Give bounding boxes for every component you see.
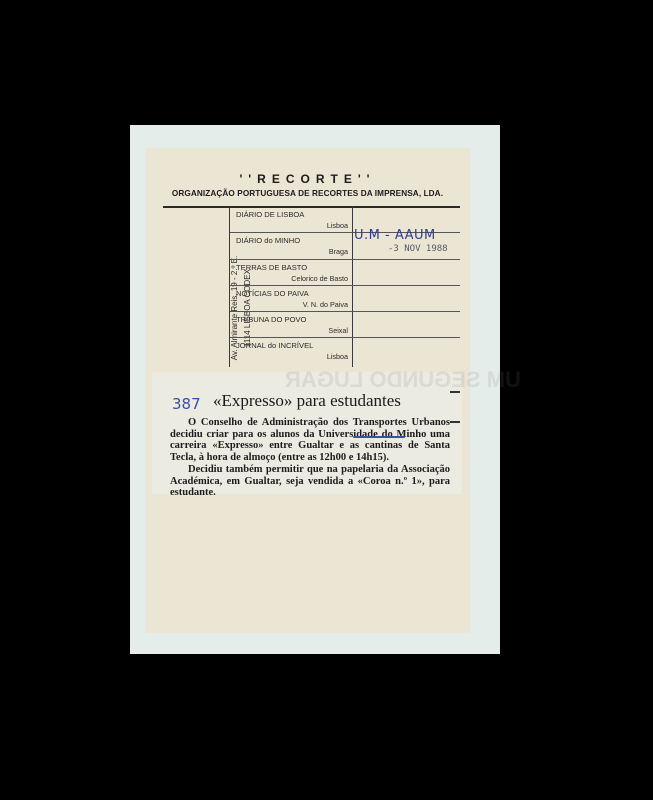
publication-row: TRIBUNA DO POVO Seixal xyxy=(230,312,460,338)
publication-name: NOTÍCIAS DO PAIVA xyxy=(236,289,309,298)
date-stamp: -3 NOV 1988 xyxy=(388,244,448,254)
publication-row: TERRAS DE BASTO Celorico de Basto xyxy=(230,260,460,286)
margin-dash xyxy=(450,421,460,423)
organization-name: ORGANIZAÇÃO PORTUGUESA DE RECORTES DA IM… xyxy=(145,189,470,198)
pen-underline xyxy=(353,436,405,438)
scanned-document: ''RECORTE'' ORGANIZAÇÃO PORTUGUESA DE RE… xyxy=(0,0,653,800)
publication-name: JORNAL do INCRÍVEL xyxy=(236,341,313,350)
publication-name: TERRAS DE BASTO xyxy=(236,263,307,272)
publication-city: Seixal xyxy=(328,326,348,335)
publication-name: DIÁRIO do MINHO xyxy=(236,236,300,245)
publication-city: Celorico de Basto xyxy=(291,274,348,283)
publication-name: TRIBUNA DO POVO xyxy=(236,315,306,324)
publication-city: Braga xyxy=(329,247,348,256)
margin-dash xyxy=(450,391,460,393)
publication-row: JORNAL do INCRÍVEL Lisboa xyxy=(230,338,460,364)
publication-name: DIÁRIO DE LISBOA xyxy=(236,210,304,219)
bleed-through-text: UM SEGUNDO LUGAR xyxy=(285,367,521,393)
publication-city: Lisboa xyxy=(327,221,348,230)
publication-row: NOTÍCIAS DO PAIVA V. N. do Paiva xyxy=(230,286,460,312)
brand-title: ''RECORTE'' xyxy=(145,172,470,186)
article-paragraph: O Conselho de Administração dos Transpor… xyxy=(170,417,450,464)
handwritten-stamp: U.M - AAUM xyxy=(354,228,436,243)
article-headline: «Expresso» para estudantes xyxy=(213,391,401,411)
article-body: O Conselho de Administração dos Transpor… xyxy=(170,417,450,499)
article-paragraph: Decidiu também permitir que na papelaria… xyxy=(170,464,450,499)
publication-city: V. N. do Paiva xyxy=(303,300,348,309)
reference-number: 387 xyxy=(172,395,201,413)
publication-city: Lisboa xyxy=(327,352,348,361)
